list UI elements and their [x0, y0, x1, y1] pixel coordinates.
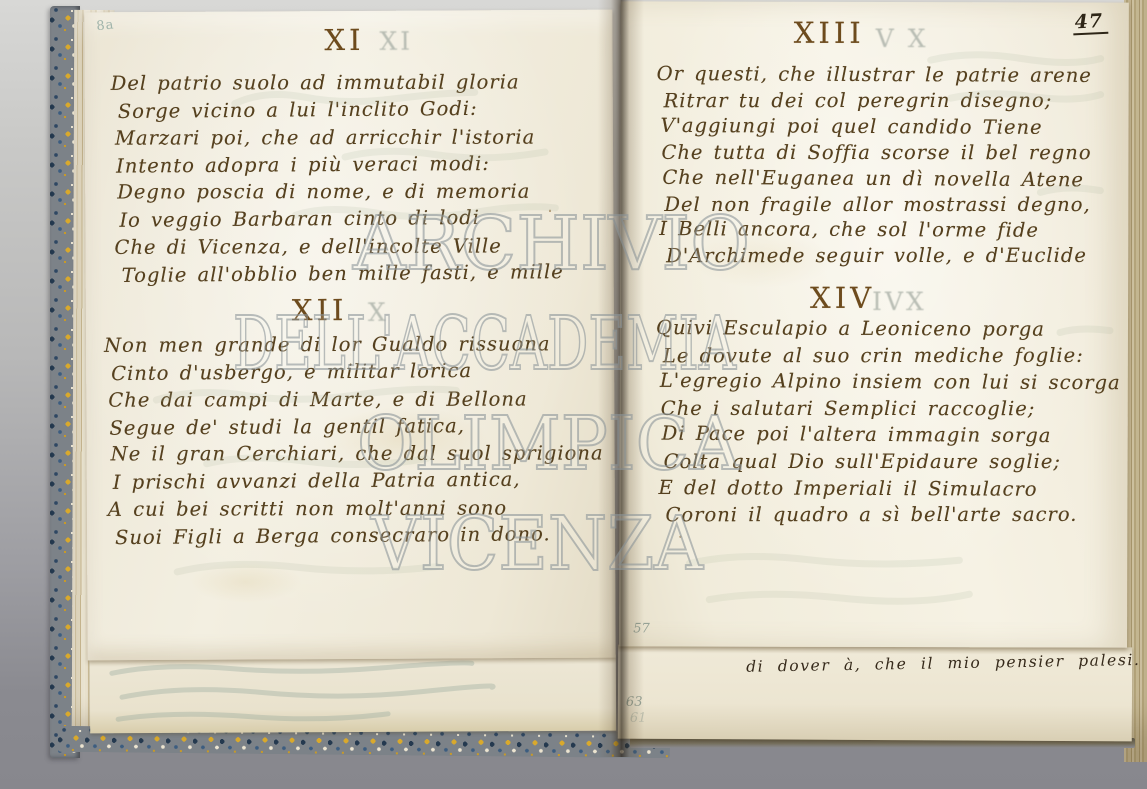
verse-line: Coroni il quadro a sì bell'arte sacro. — [665, 502, 1120, 529]
stanza-xiv: Quivi Esculapio a Leoniceno porga Le dov… — [655, 315, 1120, 529]
verse-line: Intento adopra i più veraci modi: — [116, 149, 563, 179]
underlying-page-left — [90, 655, 616, 734]
verse-line: D'Archimede seguir volle, e d'Euclide — [666, 243, 1091, 269]
verse-line: Le dovute al suo crin mediche foglie: — [663, 342, 1121, 369]
verse-line: Toglie all'obblio ben mille fasti, e mil… — [122, 258, 564, 289]
verse-line: Del patrio suolo ad immutabil gloria — [111, 68, 563, 97]
stanza-xii: Non men grande di lor Gualdo rissuona Ci… — [104, 330, 604, 551]
verse-line: Degno poscia di nome, e di memoria — [117, 178, 563, 206]
corner-mark: 8a — [96, 17, 116, 34]
stanza-number-xiv-ghost: IVX — [872, 287, 927, 316]
verse-line: A cui bei scritti non molt'anni sono — [108, 494, 604, 523]
faint-pencil-text — [90, 655, 616, 734]
stanza-xiii: Or questi, che illustrar le patrie arene… — [656, 61, 1092, 269]
margin-mark-61: 61 — [630, 711, 647, 726]
verse-line: Segue de' studi la gentil fatica, — [109, 411, 603, 442]
verse-line: Marzari poi, che ad arricchir l'istoria — [115, 123, 563, 151]
verse-line: Del non fragile allor mostrassi degno, — [664, 192, 1091, 218]
stanza-number-xii-ghost: X — [368, 298, 389, 327]
manuscript-page-right: 47 XIII V X Or questi, che illustrar le … — [619, 1, 1129, 647]
verse-line: Or questi, che illustrar le patrie arene — [657, 61, 1092, 89]
page-number: 47 — [1072, 10, 1109, 36]
verse-line: Io veggio Barbaran cinto di lodi — [119, 204, 563, 235]
stanza-number-xi-ghost: XI — [379, 27, 413, 56]
margin-mark-63: 63 — [626, 695, 643, 710]
verse-line: E del dotto Imperiali il Simulacro — [659, 475, 1121, 504]
margin-mark-57: 57 — [633, 621, 650, 636]
underlying-page-right: di dover à, che il mio pensier palesi. 6… — [618, 645, 1132, 742]
verse-line: Che i salutari Semplici raccoglie; — [661, 396, 1121, 423]
verse-line: V'aggiungi poi quel candido Tiene — [660, 113, 1091, 141]
verse-line: Che dai campi di Marte, e di Bellona — [108, 385, 603, 414]
peek-verse-line: di dover à, che il mio pensier palesi. — [746, 651, 1141, 676]
verse-line: Ritrar tu dei col peregrin disegno; — [664, 88, 1092, 114]
manuscript-scan: di dover à, che il mio pensier palesi. 6… — [0, 0, 1147, 789]
verse-line: Sorge vicino a lui l'inclito Godi: — [118, 94, 563, 125]
stanza-xi: Del patrio suolo ad immutabil gloria Sor… — [111, 68, 564, 289]
stanza-number-xiv: XIV — [810, 281, 875, 315]
manuscript-page-left: 8a XI XI Del patrio suolo ad immutabil g… — [84, 10, 615, 661]
verse-line: L'egregio Alpino insiem con lui si scorg… — [660, 368, 1121, 397]
verse-line: Cinto d'usbergo, e militar lorica — [111, 356, 603, 388]
verse-line: I prischi avvanzi della Patria antica, — [113, 466, 604, 497]
verse-line: Che tutta di Soffia scorse il bel regno — [661, 140, 1091, 166]
verse-line: Quivi Esculapio a Leoniceno porga — [656, 315, 1121, 344]
verse-line: Che di Vicenza, e dell'incolte Ville — [114, 232, 563, 261]
stanza-number-xiii: XIII — [794, 16, 865, 50]
verse-line: Ne il gran Cerchiari, che dal suol sprig… — [111, 440, 604, 468]
verse-line: Colta qual Dio sull'Epidaure soglie; — [664, 449, 1121, 476]
verse-line: Che nell'Euganea un dì novella Atene — [662, 164, 1091, 193]
stanza-number-xii: XII — [292, 293, 348, 327]
stanza-number-xiii-ghost: V X — [876, 24, 929, 53]
stanza-number-xi: XI — [324, 23, 364, 57]
verse-line: I Belli ancora, che sol l'orme fide — [659, 216, 1091, 244]
verse-line: Di Pace poi l'altera immagin sorga — [662, 421, 1121, 450]
verse-line: Suoi Figli a Berga consecraro in dono. — [115, 520, 604, 552]
verse-line: Non men grande di lor Gualdo rissuona — [104, 330, 603, 359]
